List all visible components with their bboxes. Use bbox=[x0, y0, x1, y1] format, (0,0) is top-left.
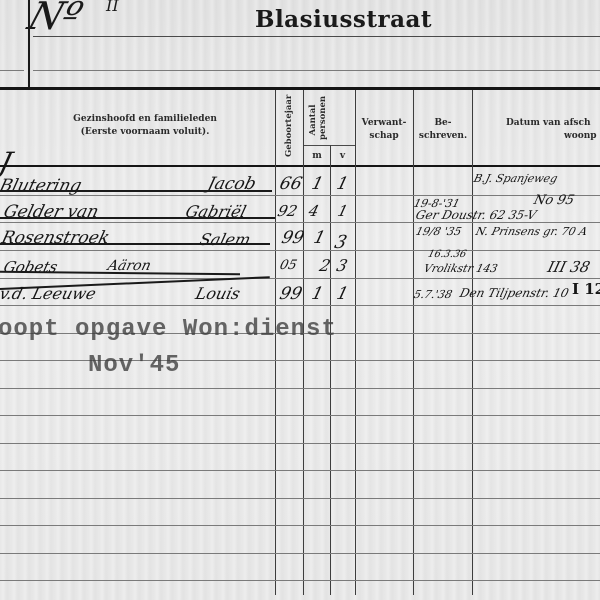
table-top-rule bbox=[0, 87, 600, 90]
header-count-v: v bbox=[330, 150, 355, 163]
col-line-v bbox=[330, 145, 331, 595]
row-2-surname: Gelder van bbox=[2, 202, 101, 222]
header-date: Datum van afsch woonp bbox=[506, 117, 600, 143]
header-date-line1: Datum van afsch bbox=[506, 117, 600, 130]
row-rule bbox=[0, 415, 600, 416]
row-3-date: N. Prinsens gr. 70 A bbox=[474, 225, 588, 238]
header-described-line2: schreven. bbox=[413, 130, 473, 143]
row-2-date: Ger Doustr. 62 35-V bbox=[414, 208, 538, 222]
row-5-surname: v.d. Leeuwe bbox=[0, 284, 98, 303]
stamp-line-1: oopt opgave Won:dienst bbox=[0, 316, 337, 343]
header-date-line2: woonp bbox=[506, 130, 600, 143]
row-rule bbox=[0, 525, 600, 526]
number-mark: II bbox=[106, 0, 119, 15]
row-4-surname: Gobets bbox=[2, 258, 60, 276]
col-line-relation bbox=[355, 90, 356, 595]
row-5-firstname: Louis bbox=[194, 284, 243, 303]
header-relation: Verwant- schap bbox=[355, 117, 413, 143]
col-line-described bbox=[413, 90, 414, 595]
header-rule-2 bbox=[33, 70, 600, 71]
header-name: Gezinshoofd en familieleden (Eerste voor… bbox=[30, 113, 260, 139]
header-count-label: Aantal personen bbox=[308, 100, 328, 140]
row-3-described: 19/8 '35 bbox=[414, 225, 462, 238]
row-rule bbox=[0, 305, 600, 306]
row-3-strikethrough bbox=[0, 243, 270, 245]
row-rule bbox=[0, 195, 600, 196]
row-4-date-extra: III 38 bbox=[546, 258, 592, 276]
row-3-year: 99 bbox=[280, 228, 307, 248]
header-described: Be- schreven. bbox=[413, 117, 473, 143]
row-rule bbox=[0, 388, 600, 389]
header-bottom-rule bbox=[0, 165, 600, 167]
count-subheader-rule bbox=[303, 145, 355, 146]
row-5-year: 99 bbox=[278, 284, 305, 304]
header-rule-1 bbox=[33, 36, 600, 37]
row-rule bbox=[0, 553, 600, 554]
row-2-strikethrough bbox=[0, 217, 275, 219]
row-5-date: Den Tiljpenstr. 10 bbox=[458, 286, 570, 300]
header-count: Aantal personen bbox=[308, 95, 328, 145]
row-rule bbox=[0, 250, 600, 251]
header-name-line2: (Eerste voornaam voluit). bbox=[30, 126, 260, 139]
row-rule bbox=[0, 470, 600, 471]
header-relation-line1: Verwant- bbox=[355, 117, 413, 130]
row-1-year: 66 bbox=[278, 174, 305, 194]
row-rule bbox=[0, 443, 600, 444]
row-rule bbox=[0, 278, 600, 279]
row-rule bbox=[0, 580, 600, 581]
row-1-surname: Blutering bbox=[0, 176, 84, 196]
row-3-surname: Rosenstroek bbox=[0, 228, 112, 248]
street-title: Blasiusstraat bbox=[255, 6, 432, 33]
row-5-described: 5.7.'38 bbox=[412, 288, 453, 301]
header-rule-2b bbox=[0, 70, 24, 71]
header-name-line1: Gezinshoofd en familieleden bbox=[30, 113, 260, 126]
row-1-date: B.J. Spanjeweg bbox=[472, 172, 558, 185]
row-1-strikethrough bbox=[0, 190, 272, 192]
header-count-m: m bbox=[304, 150, 330, 163]
row-3-firstname: Salem bbox=[198, 230, 253, 249]
row-5-date-extra: I 12 bbox=[572, 280, 600, 298]
header-relation-line2: schap bbox=[355, 130, 413, 143]
row-rule bbox=[0, 498, 600, 499]
stamp-line-2: Nov'45 bbox=[88, 352, 180, 379]
row-4-date: Vrolikstr 143 bbox=[422, 262, 499, 275]
header-described-line1: Be- bbox=[413, 117, 473, 130]
row-2-date-extra: No 95 bbox=[532, 193, 576, 208]
row-4-described: 16.3.36 bbox=[427, 249, 468, 260]
header-birth-year: Geboortejaar bbox=[284, 97, 294, 157]
row-rule bbox=[0, 222, 600, 223]
margin-line bbox=[28, 0, 30, 88]
col-line-date bbox=[472, 90, 473, 595]
